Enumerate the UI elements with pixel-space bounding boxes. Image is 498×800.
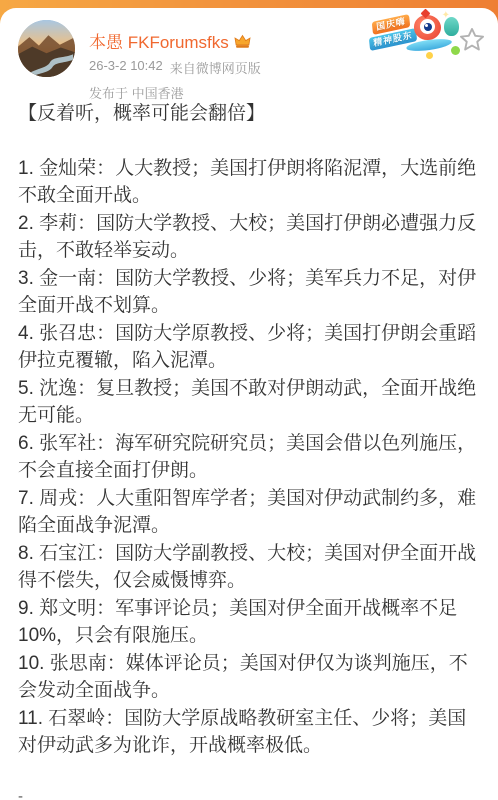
list-item: 9. 郑文明：军事评论员；美国对伊全面开战概率不足10%，只会有限施压。 [18,595,480,650]
list-item: 5. 沈逸：复旦教授；美国不敢对伊朗动武，全面开战绝无可能。 [18,375,480,430]
post-header: 本愚 FKForumsfks 26-3-2 10:42 来自微博网页版 发布于 … [0,8,498,90]
star-icon [458,26,486,54]
list-item: 7. 周戎：人大重阳智库学者；美国对伊动武制约多，难陷全面战争泥潭。 [18,485,480,540]
list-item: 1. 金灿荣：人大教授；美国打伊朗将陷泥潭，大选前绝不敢全面开战。 [18,155,480,210]
source-label: 来自微博网页版 [170,58,261,77]
favorite-star-button[interactable] [457,26,487,56]
post-content: 【反着听，概率可能会翻倍】 1. 金灿荣：人大教授；美国打伊朗将陷泥潭，大选前绝… [0,100,498,800]
user-block: 本愚 FKForumsfks 26-3-2 10:42 来自微博网页版 发布于 … [89,20,480,102]
post-title: 【反着听，概率可能会翻倍】 [18,100,480,128]
crown-vip-icon [234,34,251,49]
username-row: 本愚 FKForumsfks [89,28,480,53]
list-item: 2. 李莉：国防大学教授、大校；美国打伊朗必遭强力反击，不敢轻举妄动。 [18,210,480,265]
post-meta: 26-3-2 10:42 来自微博网页版 [89,58,480,77]
avatar-image [18,20,75,77]
location-label: 发布于 中国香港 [89,83,480,102]
list-item: 6. 张军社：海军研究院研究员；美国会借以色列施压，不会直接全面打伊朗。 [18,430,480,485]
username[interactable]: 本愚 FKForumsfks [89,28,229,53]
post-card: 本愚 FKForumsfks 26-3-2 10:42 来自微博网页版 发布于 … [0,8,498,800]
list-item: 10. 张思南：媒体评论员；美国对伊仅为谈判施压，不会发动全面战争。 [18,650,480,705]
list-item: 11. 石翠岭：国防大学原战略教研室主任、少将；美国对伊动武多为讹诈，开战概率极… [18,705,480,760]
list-item: 8. 石宝江：国防大学副教授、大校；美国对伊全面开战得不偿失，仅会威慑博弈。 [18,540,480,595]
timestamp: 26-3-2 10:42 [89,58,163,77]
avatar[interactable] [18,20,75,77]
trailing-dash: - [18,787,480,800]
list-item: 3. 金一南：国防大学教授、少将；美军兵力不足，对伊全面开战不划算。 [18,265,480,320]
list-item: 4. 张召忠：国防大学原教授、少将；美国打伊朗会重蹈伊拉克覆辙，陷入泥潭。 [18,320,480,375]
